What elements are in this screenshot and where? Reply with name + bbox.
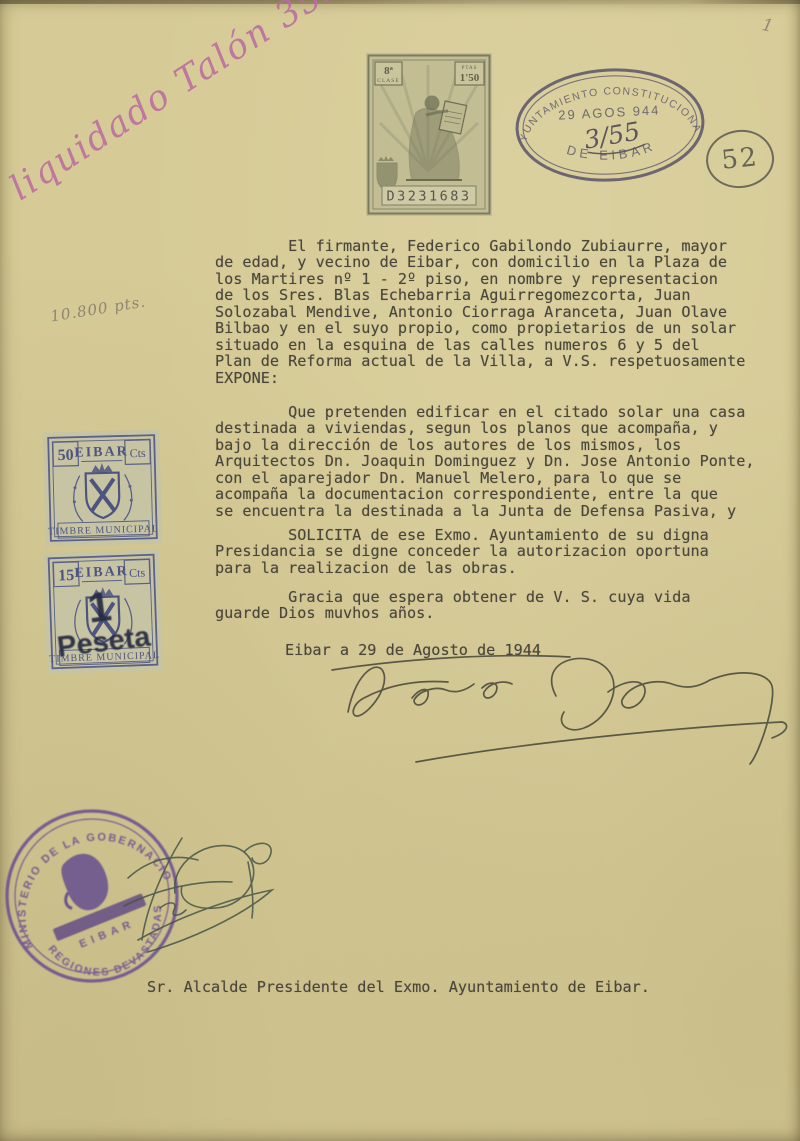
fiscal-currency-label: PTAS bbox=[462, 66, 478, 71]
oval-registry-stamp: AYUNTAMIENTO CONSTITUCIONAL 29 AGOS 944 … bbox=[509, 59, 711, 191]
circled-number-value: 52 bbox=[720, 142, 760, 176]
stamp50-city: EIBAR bbox=[74, 444, 129, 460]
page-corner-number: 1 bbox=[760, 15, 775, 37]
fiscal-class-label: CLASE bbox=[377, 78, 399, 84]
stamp15-unit: Cts bbox=[129, 565, 146, 580]
document-page: liquidado Talón 352 10.800 pts. 1 52 8ª … bbox=[0, 0, 800, 1141]
stamp15-city: EIBAR bbox=[74, 564, 129, 581]
municipal-stamp-15cts-overprint: 15 Cts EIBAR TIMBRE MUNICIPAL 1 Peseta bbox=[43, 549, 163, 674]
stamp50-unit: Cts bbox=[129, 446, 146, 460]
fiscal-value: 1'50 bbox=[460, 72, 480, 84]
stamp50-value: 50 bbox=[57, 447, 73, 464]
municipal-stamp-50cts: 50 Cts EIBAR TIMBRE MUNICIPAL bbox=[43, 429, 163, 546]
fiscal-serial-number: D3231683 bbox=[386, 189, 471, 205]
signature-federico-gabilondo bbox=[320, 640, 800, 780]
pencil-amount-note: 10.800 pts. bbox=[49, 293, 147, 326]
portrait-emblem bbox=[51, 847, 116, 917]
paragraph-exposition: El firmante, Federico Gabilondo Zubiaurr… bbox=[215, 238, 745, 386]
fiscal-class-value: 8ª bbox=[384, 65, 394, 77]
paragraph-project: Que pretenden edificar en el citado sola… bbox=[215, 404, 754, 519]
oval-stamp-date: 29 AGOS 944 bbox=[558, 102, 661, 122]
paragraph-solicita: SOLICITA de ese Exmo. Ayuntamiento de su… bbox=[215, 527, 709, 576]
paragraph-closing: Gracia que espera obtener de V. S. cuya … bbox=[215, 589, 690, 622]
fiscal-stamp: 8ª CLASE PTAS 1'50 D3231683 bbox=[366, 53, 492, 216]
pink-handwritten-note: liquidado Talón 352 bbox=[3, 0, 351, 209]
ink-rubric-scribble bbox=[120, 798, 300, 968]
circled-number: 52 bbox=[703, 127, 777, 192]
stamp15-value: 15 bbox=[58, 567, 75, 585]
